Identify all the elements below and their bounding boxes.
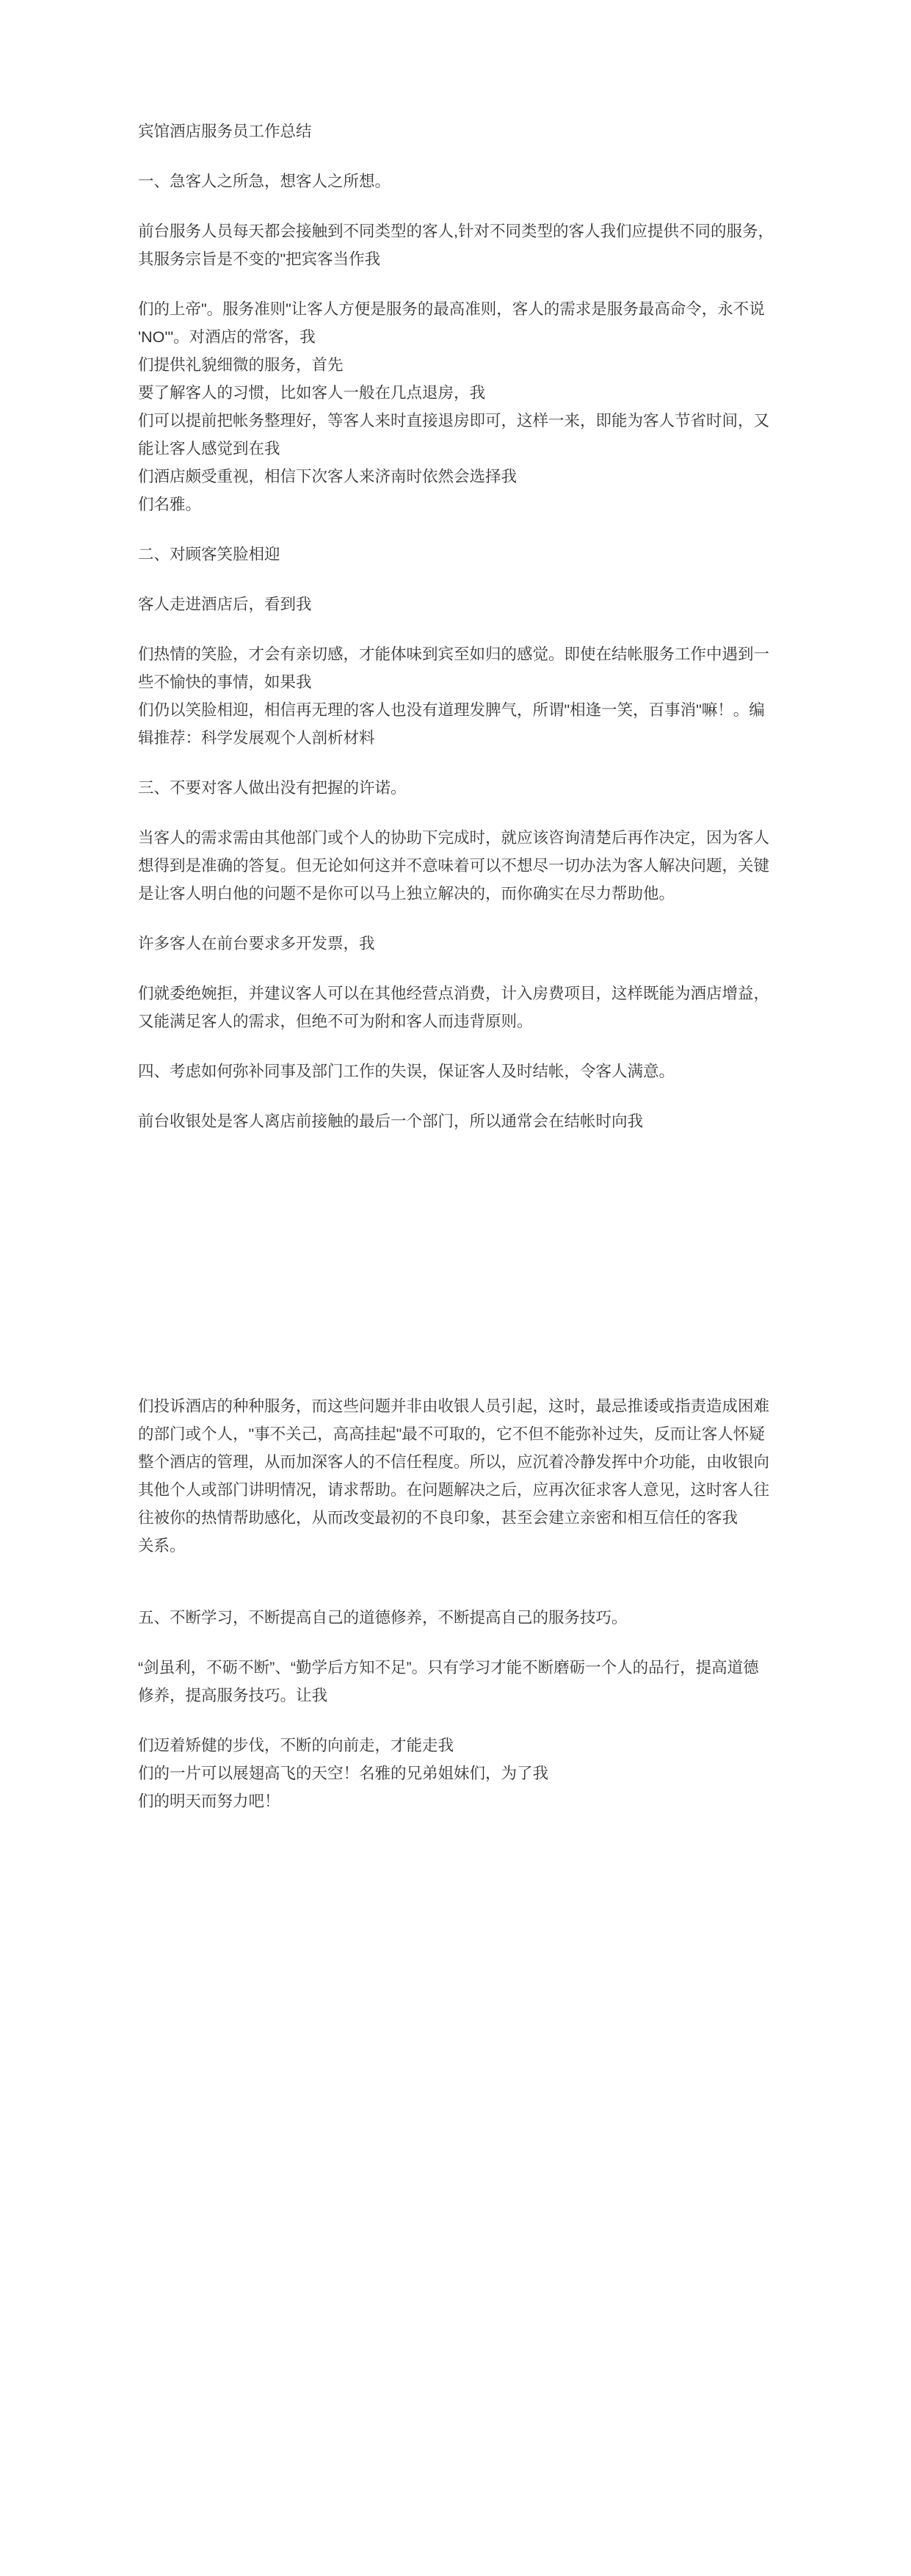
paragraph: 们迈着矫健的步伐，不断的向前走，才能走我 们的一片可以展翅高飞的天空！名雅的兄弟…: [138, 1732, 787, 1815]
paragraph: “剑虽利，不砺不断”、“勤学后方知不足”。只有学习才能不断磨砺一个人的品行，提高…: [138, 1654, 787, 1710]
section-3-heading: 三、不要对客人做出没有把握的许诺。: [138, 774, 787, 802]
paragraph: 当客人的需求需由其他部门或个人的协助下完成时，就应该咨询清楚后再作决定，因为客人…: [138, 824, 787, 908]
paragraph: 们投诉酒店的种种服务，而这些问题并非由收银人员引起，这时，最忌推诿或指责造成困难…: [138, 1392, 787, 1560]
section-1-heading: 一、急客人之所急，想客人之所想。: [138, 167, 787, 195]
paragraph: 们就委绝婉拒，并建议客人可以在其他经营点消费，计入房费项目，这样既能为酒店增益，…: [138, 980, 787, 1035]
document-page: 宾馆酒店服务员工作总结 一、急客人之所急，想客人之所想。 前台服务人员每天都会接…: [138, 0, 787, 1837]
paragraph: 们的上帝"。服务准则"让客人方便是服务的最高准则，客人的需求是服务最高命令，永不…: [138, 295, 787, 518]
paragraph: 们热情的笑脸，才会有亲切感，才能体味到宾至如归的感觉。即使在结帐服务工作中遇到一…: [138, 640, 787, 752]
section-2-heading: 二、对顾客笑脸相迎: [138, 540, 787, 568]
paragraph: 客人走进酒店后，看到我: [138, 590, 787, 618]
paragraph: 许多客人在前台要求多开发票，我: [138, 930, 787, 958]
section-5-heading: 五、不断学习，不断提高自己的道德修养，不断提高自己的服务技巧。: [138, 1604, 787, 1632]
paragraph: 前台服务人员每天都会接触到不同类型的客人,针对不同类型的客人我们应提供不同的服务…: [138, 217, 787, 273]
document-title: 宾馆酒店服务员工作总结: [138, 117, 787, 145]
section-4-heading: 四、考虑如何弥补同事及部门工作的失误，保证客人及时结帐，令客人满意。: [138, 1057, 787, 1085]
paragraph: 前台收银处是客人离店前接触的最后一个部门，所以通常会在结帐时向我: [138, 1107, 787, 1135]
